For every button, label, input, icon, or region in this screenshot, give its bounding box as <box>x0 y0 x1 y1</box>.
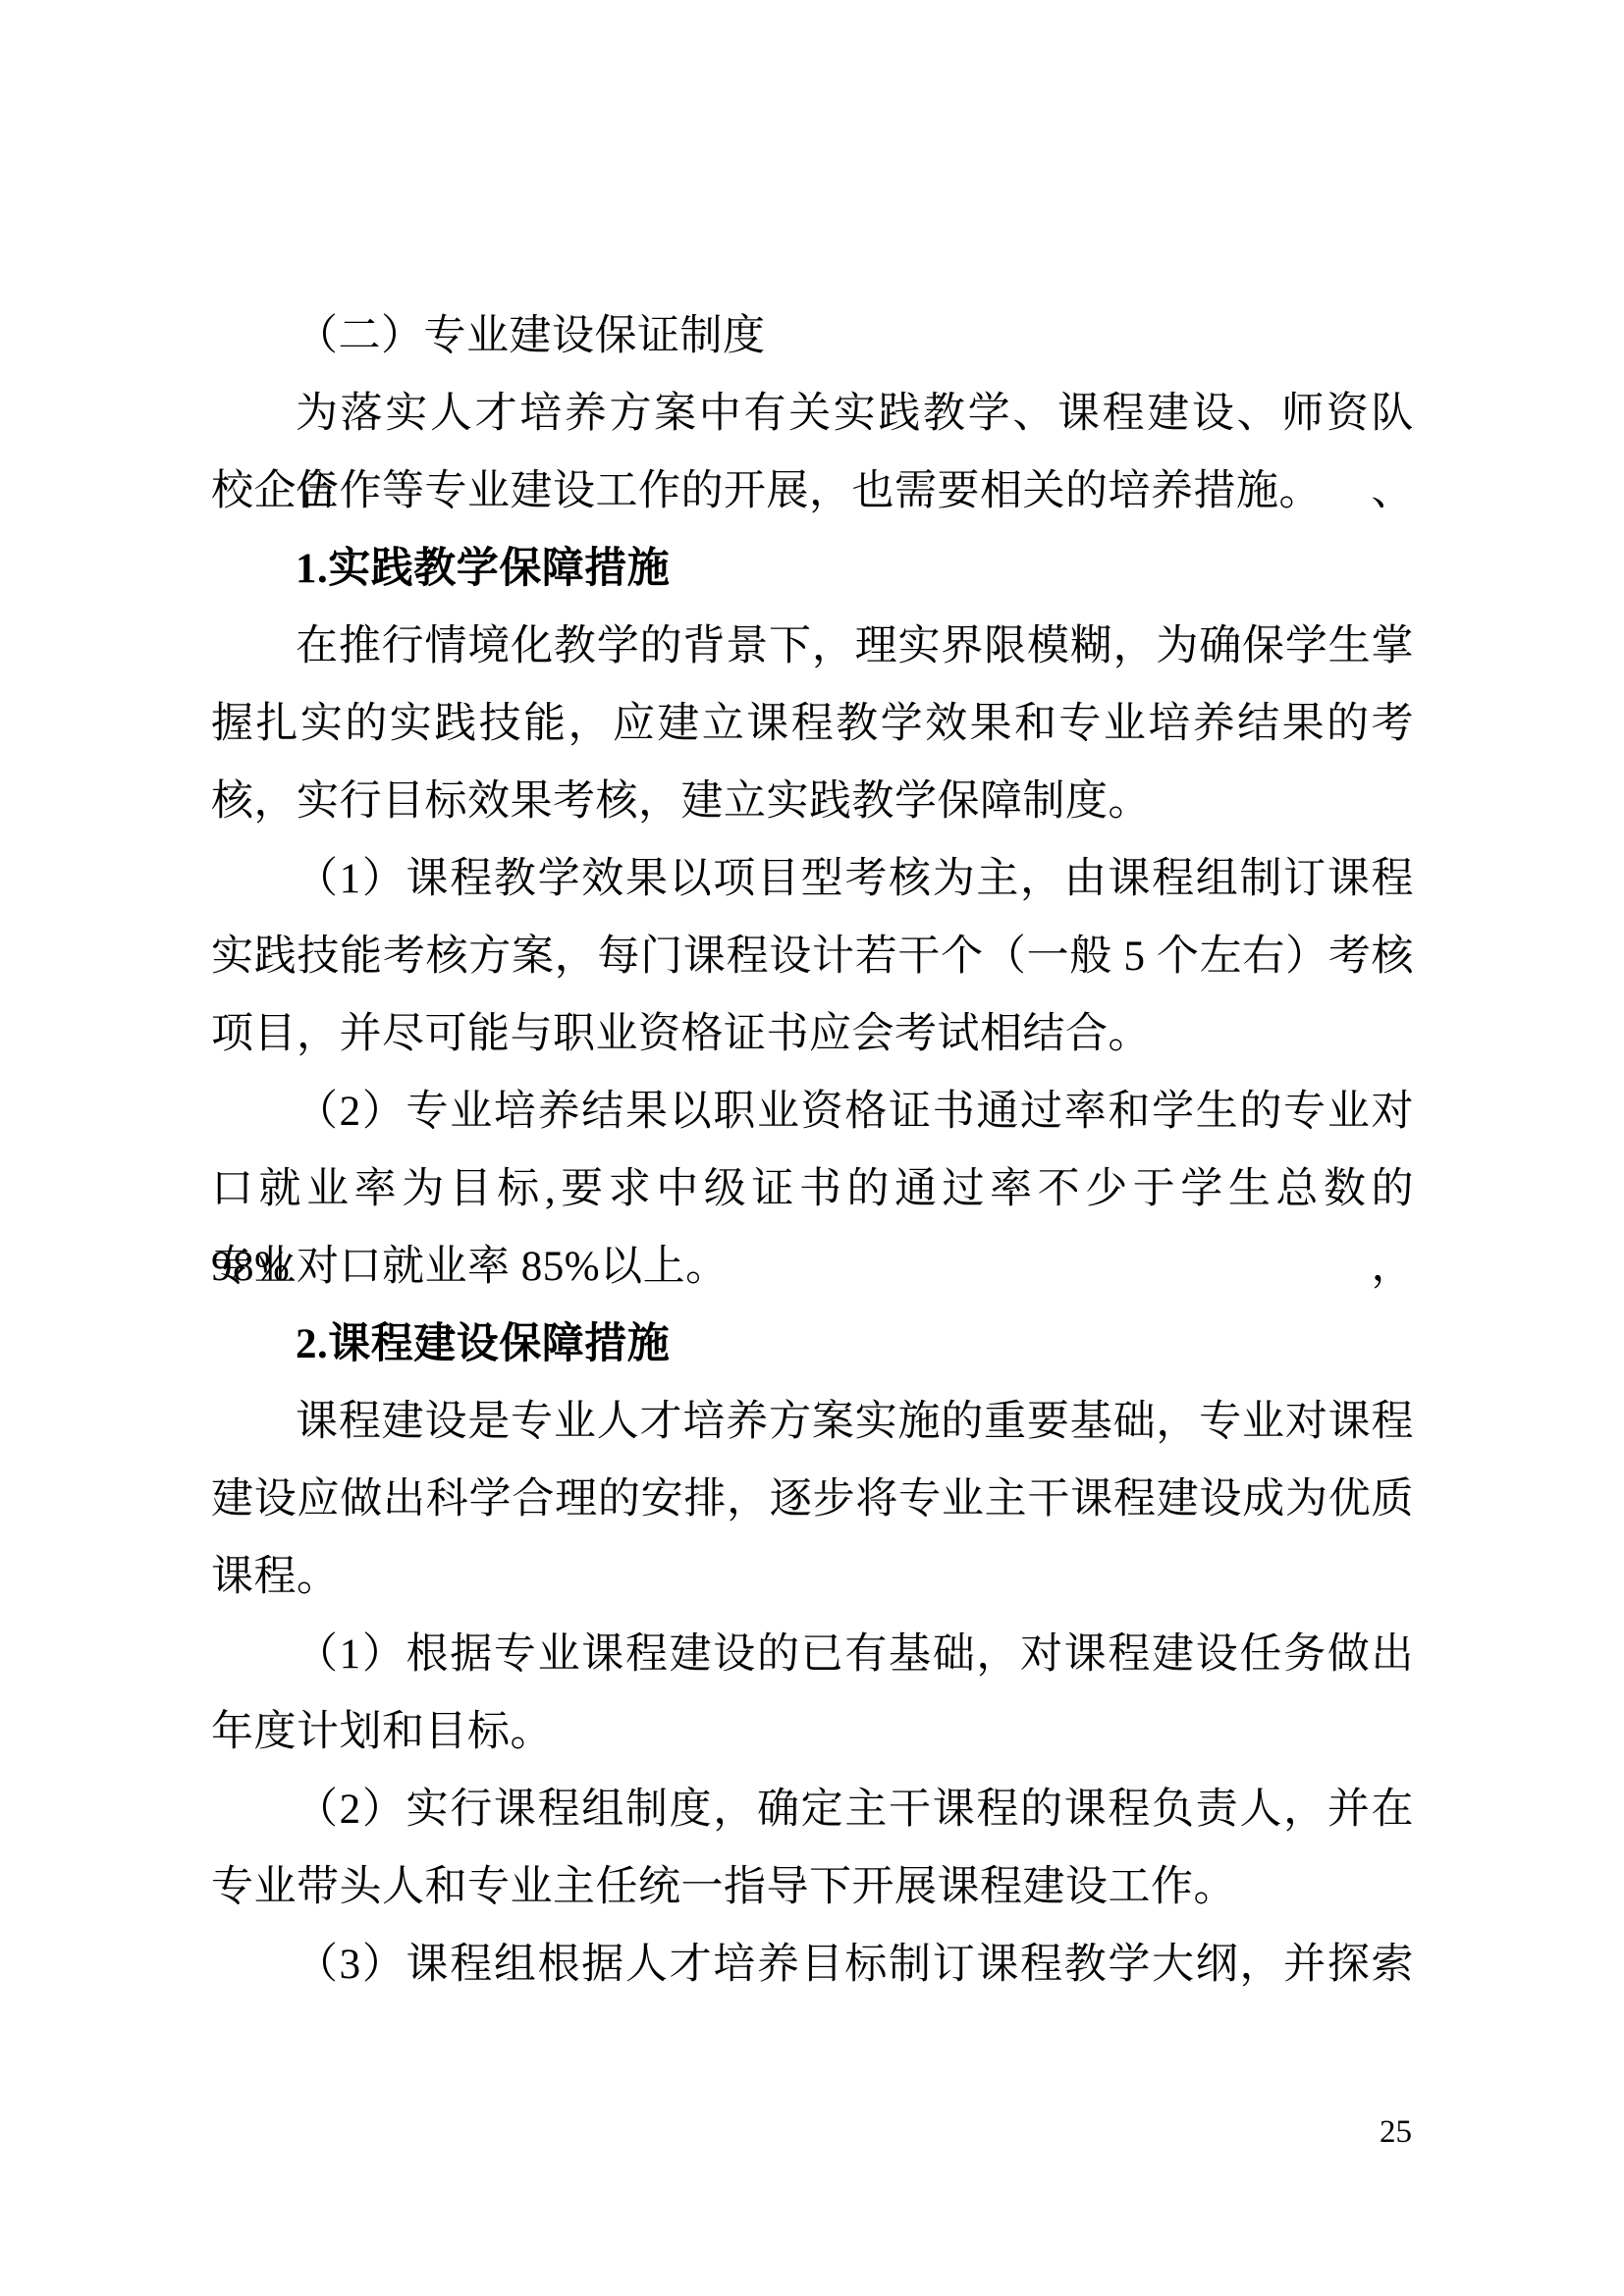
body-line: 课程。 <box>211 1538 1414 1616</box>
subsection-heading: 2.课程建设保障措施 <box>211 1306 1414 1383</box>
body-line: 建设应做出科学合理的安排，逐步将专业主干课程建设成为优质 <box>211 1461 1414 1538</box>
body-line: 口就业率为目标,要求中级证书的通过率不少于学生总数的 98%， <box>211 1150 1414 1228</box>
body-line: 年度计划和目标。 <box>211 1693 1414 1771</box>
body-line: （2）专业培养结果以职业资格证书通过率和学生的专业对 <box>211 1073 1414 1150</box>
subsection-heading: 1.实践教学保障措施 <box>211 530 1414 608</box>
body-line: （1）课程教学效果以项目型考核为主，由课程组制订课程 <box>211 840 1414 918</box>
section-heading: （二）专业建设保证制度 <box>211 297 1414 375</box>
body-line: 在推行情境化教学的背景下，理实界限模糊，为确保学生掌 <box>211 608 1414 685</box>
page-number: 25 <box>1380 2110 1438 2155</box>
body-line: 课程建设是专业人才培养方案实施的重要基础，专业对课程 <box>211 1383 1414 1461</box>
document-page: （二）专业建设保证制度为落实人才培养方案中有关实践教学、课程建设、师资队伍、校企… <box>0 0 1624 2296</box>
body-line: 握扎实的实践技能，应建立课程教学效果和专业培养结果的考 <box>211 685 1414 763</box>
body-line: （2）实行课程组制度，确定主干课程的课程负责人，并在 <box>211 1771 1414 1848</box>
body-line: （3）课程组根据人才培养目标制订课程教学大纲，并探索 <box>211 1926 1414 2003</box>
body-line: 核，实行目标效果考核，建立实践教学保障制度。 <box>211 763 1414 840</box>
body-line: （1）根据专业课程建设的已有基础，对课程建设任务做出 <box>211 1616 1414 1693</box>
body-line: 专业带头人和专业主任统一指导下开展课程建设工作。 <box>211 1848 1414 1926</box>
body-line: 项目，并尽可能与职业资格证书应会考试相结合。 <box>211 995 1414 1073</box>
document-body: （二）专业建设保证制度为落实人才培养方案中有关实践教学、课程建设、师资队伍、校企… <box>211 297 1414 2003</box>
body-line: 为落实人才培养方案中有关实践教学、课程建设、师资队伍、 <box>211 375 1414 453</box>
body-line: 实践技能考核方案，每门课程设计若干个（一般 5 个左右）考核 <box>211 918 1414 995</box>
body-line: 校企合作等专业建设工作的开展，也需要相关的培养措施。 <box>211 453 1414 530</box>
